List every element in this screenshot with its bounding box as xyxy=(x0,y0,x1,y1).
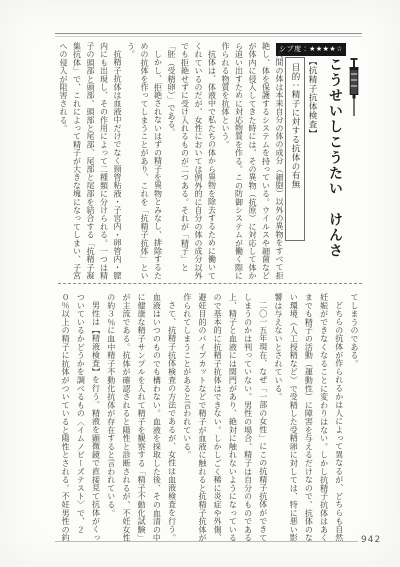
section-divider xyxy=(58,283,362,284)
paragraph: どちらの抗体が作られるかは人によって異なるが、どちらも自然妊娠ができなくなること… xyxy=(271,293,347,542)
lower-body-text: てしまうのである。 どちらの抗体が作られるかは人によって異なるが、どちらも自然妊… xyxy=(58,293,362,542)
entry-title: こうせいしこうたい けんさ xyxy=(325,57,345,267)
book-page: シブ度：★★★★☆ こうせいしこうたい けんさ 【抗精子抗体検査】 目的：精子に… xyxy=(0,0,400,567)
entry-subtitle: 【抗精子抗体検査】 xyxy=(306,57,318,187)
purpose-box: 目的：精子に対する抗体の有無 xyxy=(285,57,305,241)
page-number: 942 xyxy=(361,535,381,545)
paragraph: さて、抗精子抗体検査の方法であるが、女性は血液検査を行う。血液はいつのものでも構… xyxy=(104,293,180,542)
footer-rule xyxy=(55,541,358,542)
paragraph: 男性は【精液検査】を行う。精液を顕微鏡で直接見て抗体がくっついているかどうかを調… xyxy=(58,293,104,542)
paragraph: 抗体は、体液中で私たちの体から異物を除去するために働いてくれているのだが、女性に… xyxy=(165,42,219,280)
syringe-icon xyxy=(347,58,361,118)
header-rule xyxy=(55,33,362,37)
upper-body-text: 人間の体は本来自分の体の成分（細胞）以外の異物をすべて拒絶し、体を保護するシステ… xyxy=(58,42,286,280)
paragraph: しかし、拒絶されないはずの精子を異物とみなし、排除するための抗体を作ってしまうこ… xyxy=(124,42,165,280)
paragraph: てしまうのである。 xyxy=(347,293,362,542)
paragraph: 二〇一五年現在、なぜ「一部の女性」にこの抗精子抗体ができてしまうのかは判っていな… xyxy=(180,293,271,542)
rating-badge: シブ度：★★★★☆ xyxy=(276,43,346,56)
entry-header: シブ度：★★★★☆ こうせいしこうたい けんさ 【抗精子抗体検査】 目的：精子に… xyxy=(286,42,362,280)
upper-section: シブ度：★★★★☆ こうせいしこうたい けんさ 【抗精子抗体検査】 目的：精子に… xyxy=(58,42,362,280)
paragraph: 抗精子抗体は血液中だけでなく頸管粘液・子宮内・卵管内・膣内にも出現し、その作用に… xyxy=(58,42,124,280)
paragraph: 人間の体は本来自分の体の成分（細胞）以外の異物をすべて拒絶し、体を保護するシステ… xyxy=(219,42,287,280)
